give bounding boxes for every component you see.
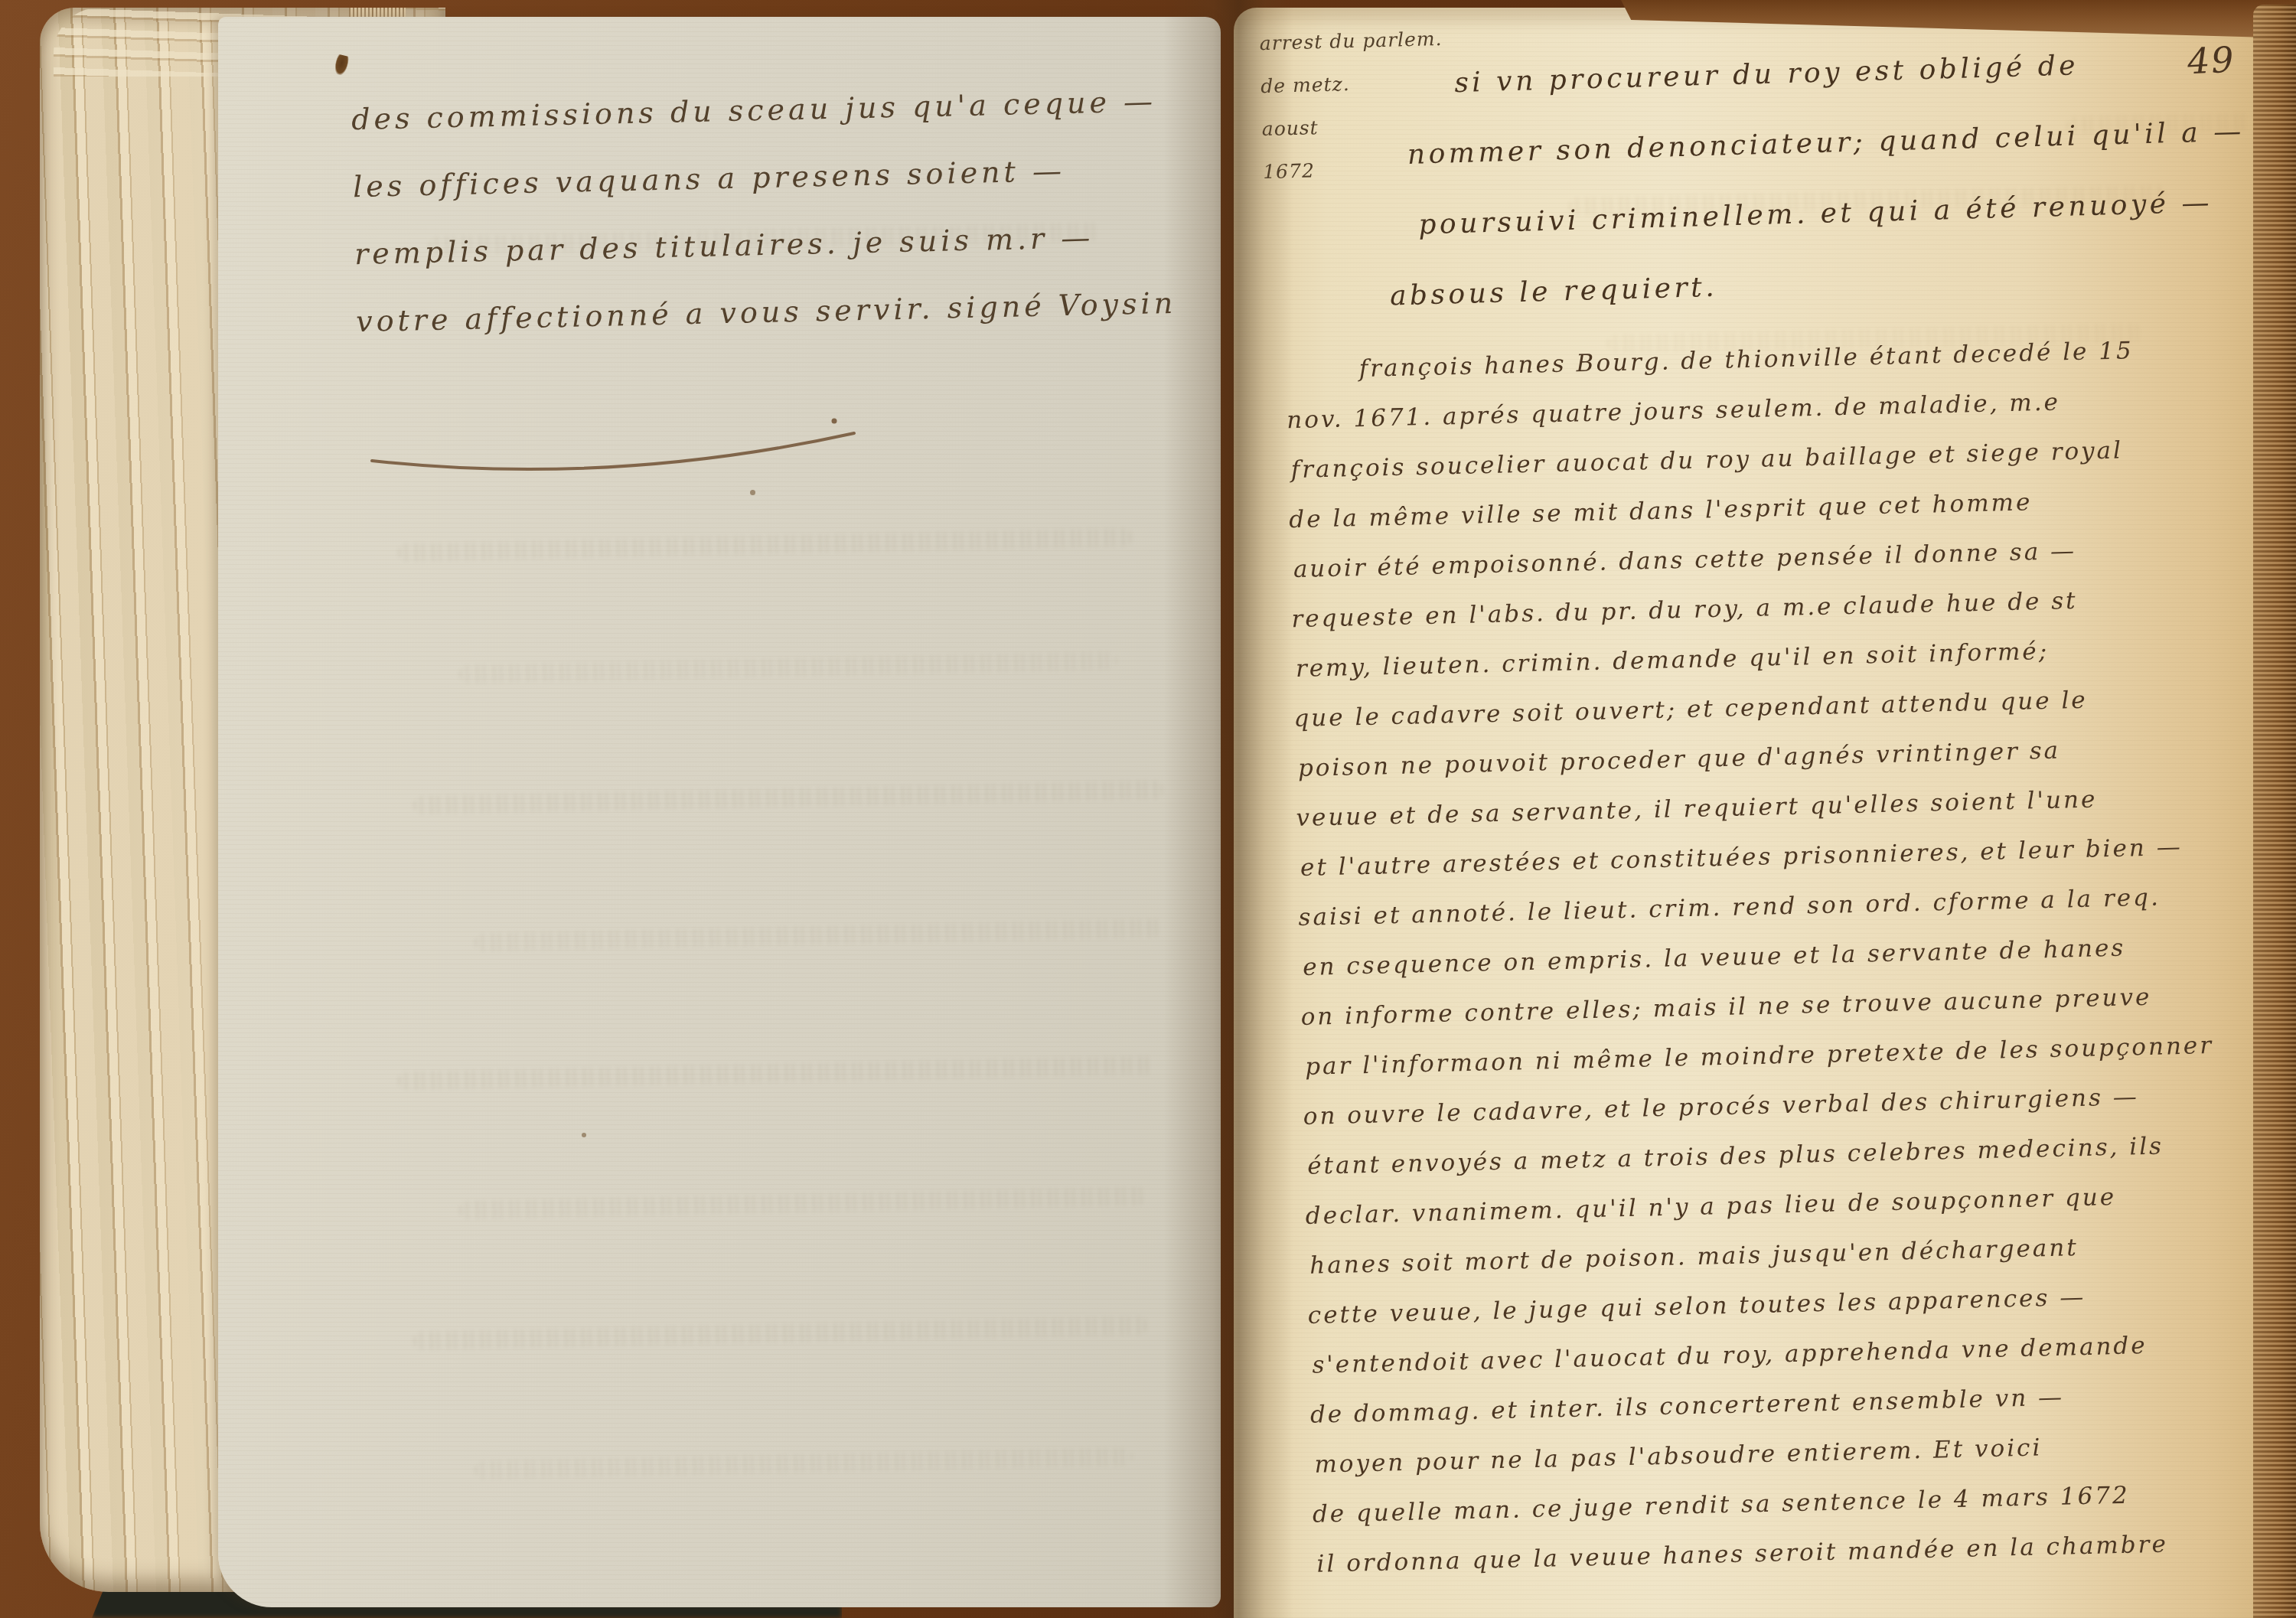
open-manuscript-book: des commissions du sceau jus qu'a ceque … — [0, 0, 2296, 1618]
entry-heading: si vn procureur du roy est obligé de nom… — [1383, 26, 2249, 331]
entry-body: françois hanes Bourg. de thionville étan… — [1285, 325, 2226, 1590]
left-page-text: des commissions du sceau jus qu'a ceque … — [351, 67, 1177, 355]
fore-edge-page-block — [2253, 5, 2296, 1618]
end-flourish — [358, 407, 894, 484]
